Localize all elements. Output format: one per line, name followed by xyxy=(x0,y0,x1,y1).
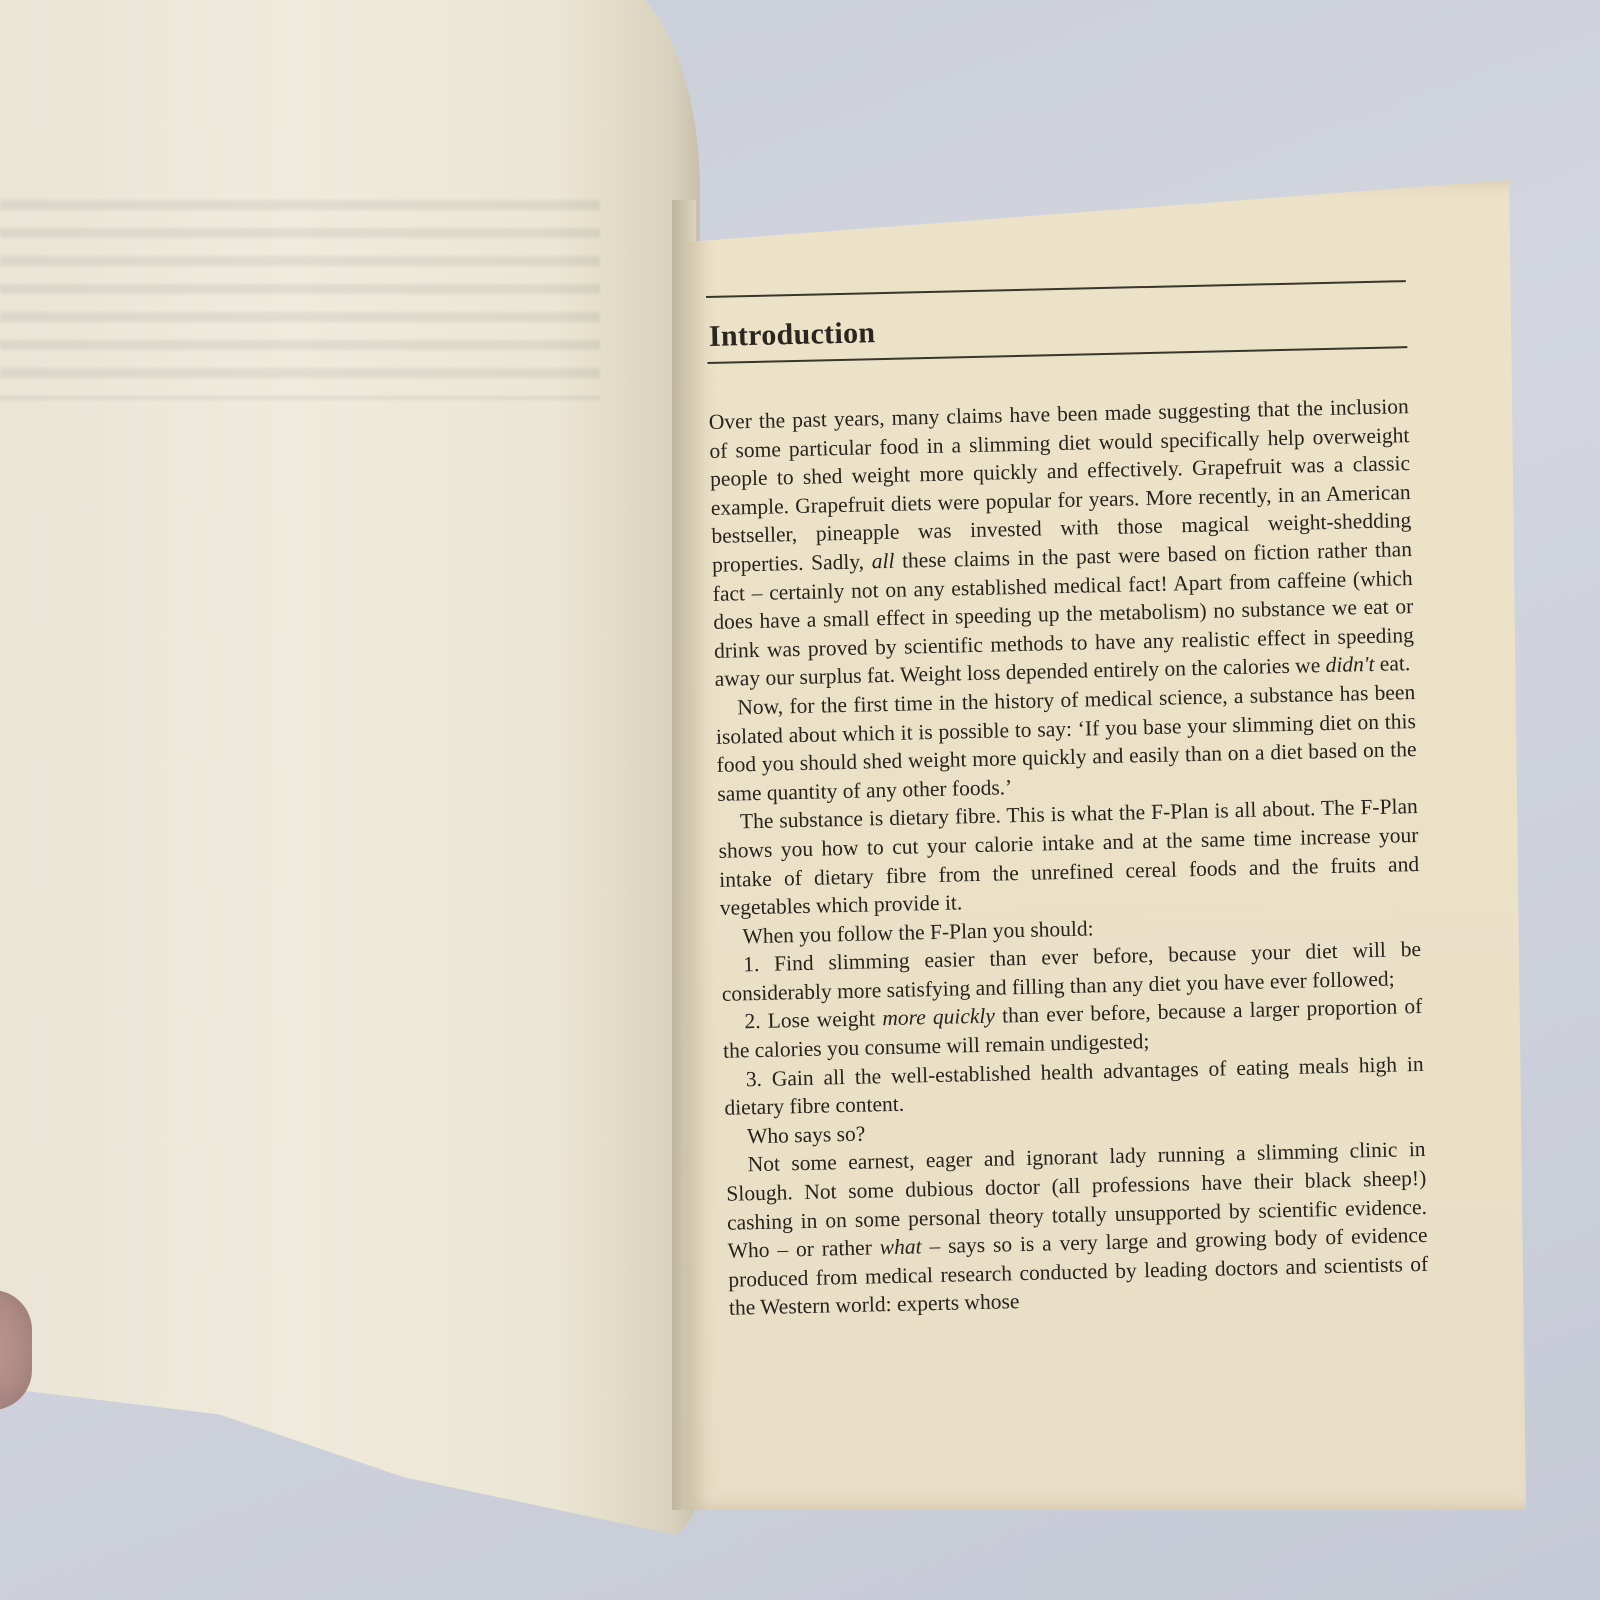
left-page-bleedthrough xyxy=(0,200,600,400)
text-run: 2. Lose weight xyxy=(744,1007,882,1034)
paragraph: Over the past years, many claims have be… xyxy=(709,392,1415,694)
text-run: eat. xyxy=(1374,651,1410,676)
body-text: Over the past years, many claims have be… xyxy=(709,392,1430,1323)
italic-text: didn't xyxy=(1325,652,1374,677)
italic-text: what xyxy=(879,1235,921,1260)
italic-text: more quickly xyxy=(882,1004,995,1031)
paragraph: Not some earnest, eager and ignorant lad… xyxy=(725,1135,1429,1322)
left-page xyxy=(0,0,700,1540)
page-content: Introduction Over the past years, many c… xyxy=(706,280,1429,1323)
paragraph: Now, for the first time in the history o… xyxy=(715,678,1417,808)
chapter-heading: Introduction xyxy=(709,304,1408,354)
text-run: The substance is dietary fibre. This is … xyxy=(718,794,1419,920)
italic-text: all xyxy=(871,549,894,574)
paragraph: The substance is dietary fibre. This is … xyxy=(718,792,1420,922)
text-run: Now, for the first time in the history o… xyxy=(716,680,1417,806)
text-run: Who says so? xyxy=(747,1121,866,1148)
